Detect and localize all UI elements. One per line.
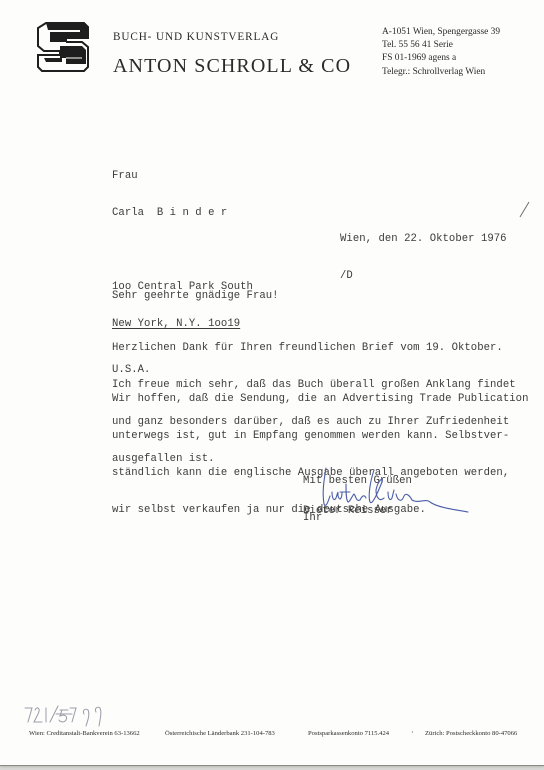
handwritten-archive-note-icon bbox=[22, 700, 112, 730]
paragraph-line: unterwegs ist, gut in Empfang genommen w… bbox=[112, 430, 528, 442]
footer-zurich-postscheck: Zürich: Postscheckkonto 80-47066 bbox=[425, 730, 517, 737]
contact-address: A-1051 Wien, Spengergasse 39 bbox=[382, 26, 500, 39]
schroll-s-logo-icon bbox=[36, 20, 90, 72]
letter-page: BUCH- UND KUNSTVERLAG ANTON SCHROLL & CO… bbox=[0, 0, 544, 765]
contact-telex: FS 01-1969 agens a bbox=[382, 52, 500, 65]
signer-name: Dieter Reisser bbox=[303, 505, 393, 517]
footer-separator: · bbox=[411, 728, 414, 737]
footer-bank-creditanstalt: Wien: Creditanstalt-Bankverein 63-13662 bbox=[29, 730, 140, 737]
recipient-title: Frau bbox=[112, 170, 253, 182]
publisher-contact: A-1051 Wien, Spengergasse 39 Tel. 55 56 … bbox=[382, 26, 500, 79]
letter-date: Wien, den 22. Oktober 1976 bbox=[340, 233, 507, 245]
contact-telegram: Telegr.: Schrollverlag Wien bbox=[382, 66, 500, 79]
footer-bank-laenderbank: Österreichische Länderbank 231-104-783 bbox=[165, 730, 275, 737]
paragraph-line: Wir hoffen, daß die Sendung, die an Adve… bbox=[112, 393, 528, 405]
reference-mark: /D bbox=[340, 270, 507, 282]
recipient-name: Carla B i n d e r bbox=[112, 207, 253, 219]
paragraph-line: Herzlichen Dank für Ihren freundlichen B… bbox=[112, 342, 516, 354]
footer-postsparkasse: Postsparkassenkonto 7115.424 bbox=[308, 730, 389, 737]
letter-salutation: Sehr geehrte gnädige Frau! bbox=[112, 290, 279, 302]
publisher-name: ANTON SCHROLL & CO bbox=[113, 55, 351, 78]
publisher-subtitle: BUCH- UND KUNSTVERLAG bbox=[113, 31, 279, 43]
contact-phone: Tel. 55 56 41 Serie bbox=[382, 39, 500, 52]
dateline: Wien, den 22. Oktober 1976 /D bbox=[340, 208, 507, 307]
pencil-tick-icon bbox=[518, 200, 532, 218]
